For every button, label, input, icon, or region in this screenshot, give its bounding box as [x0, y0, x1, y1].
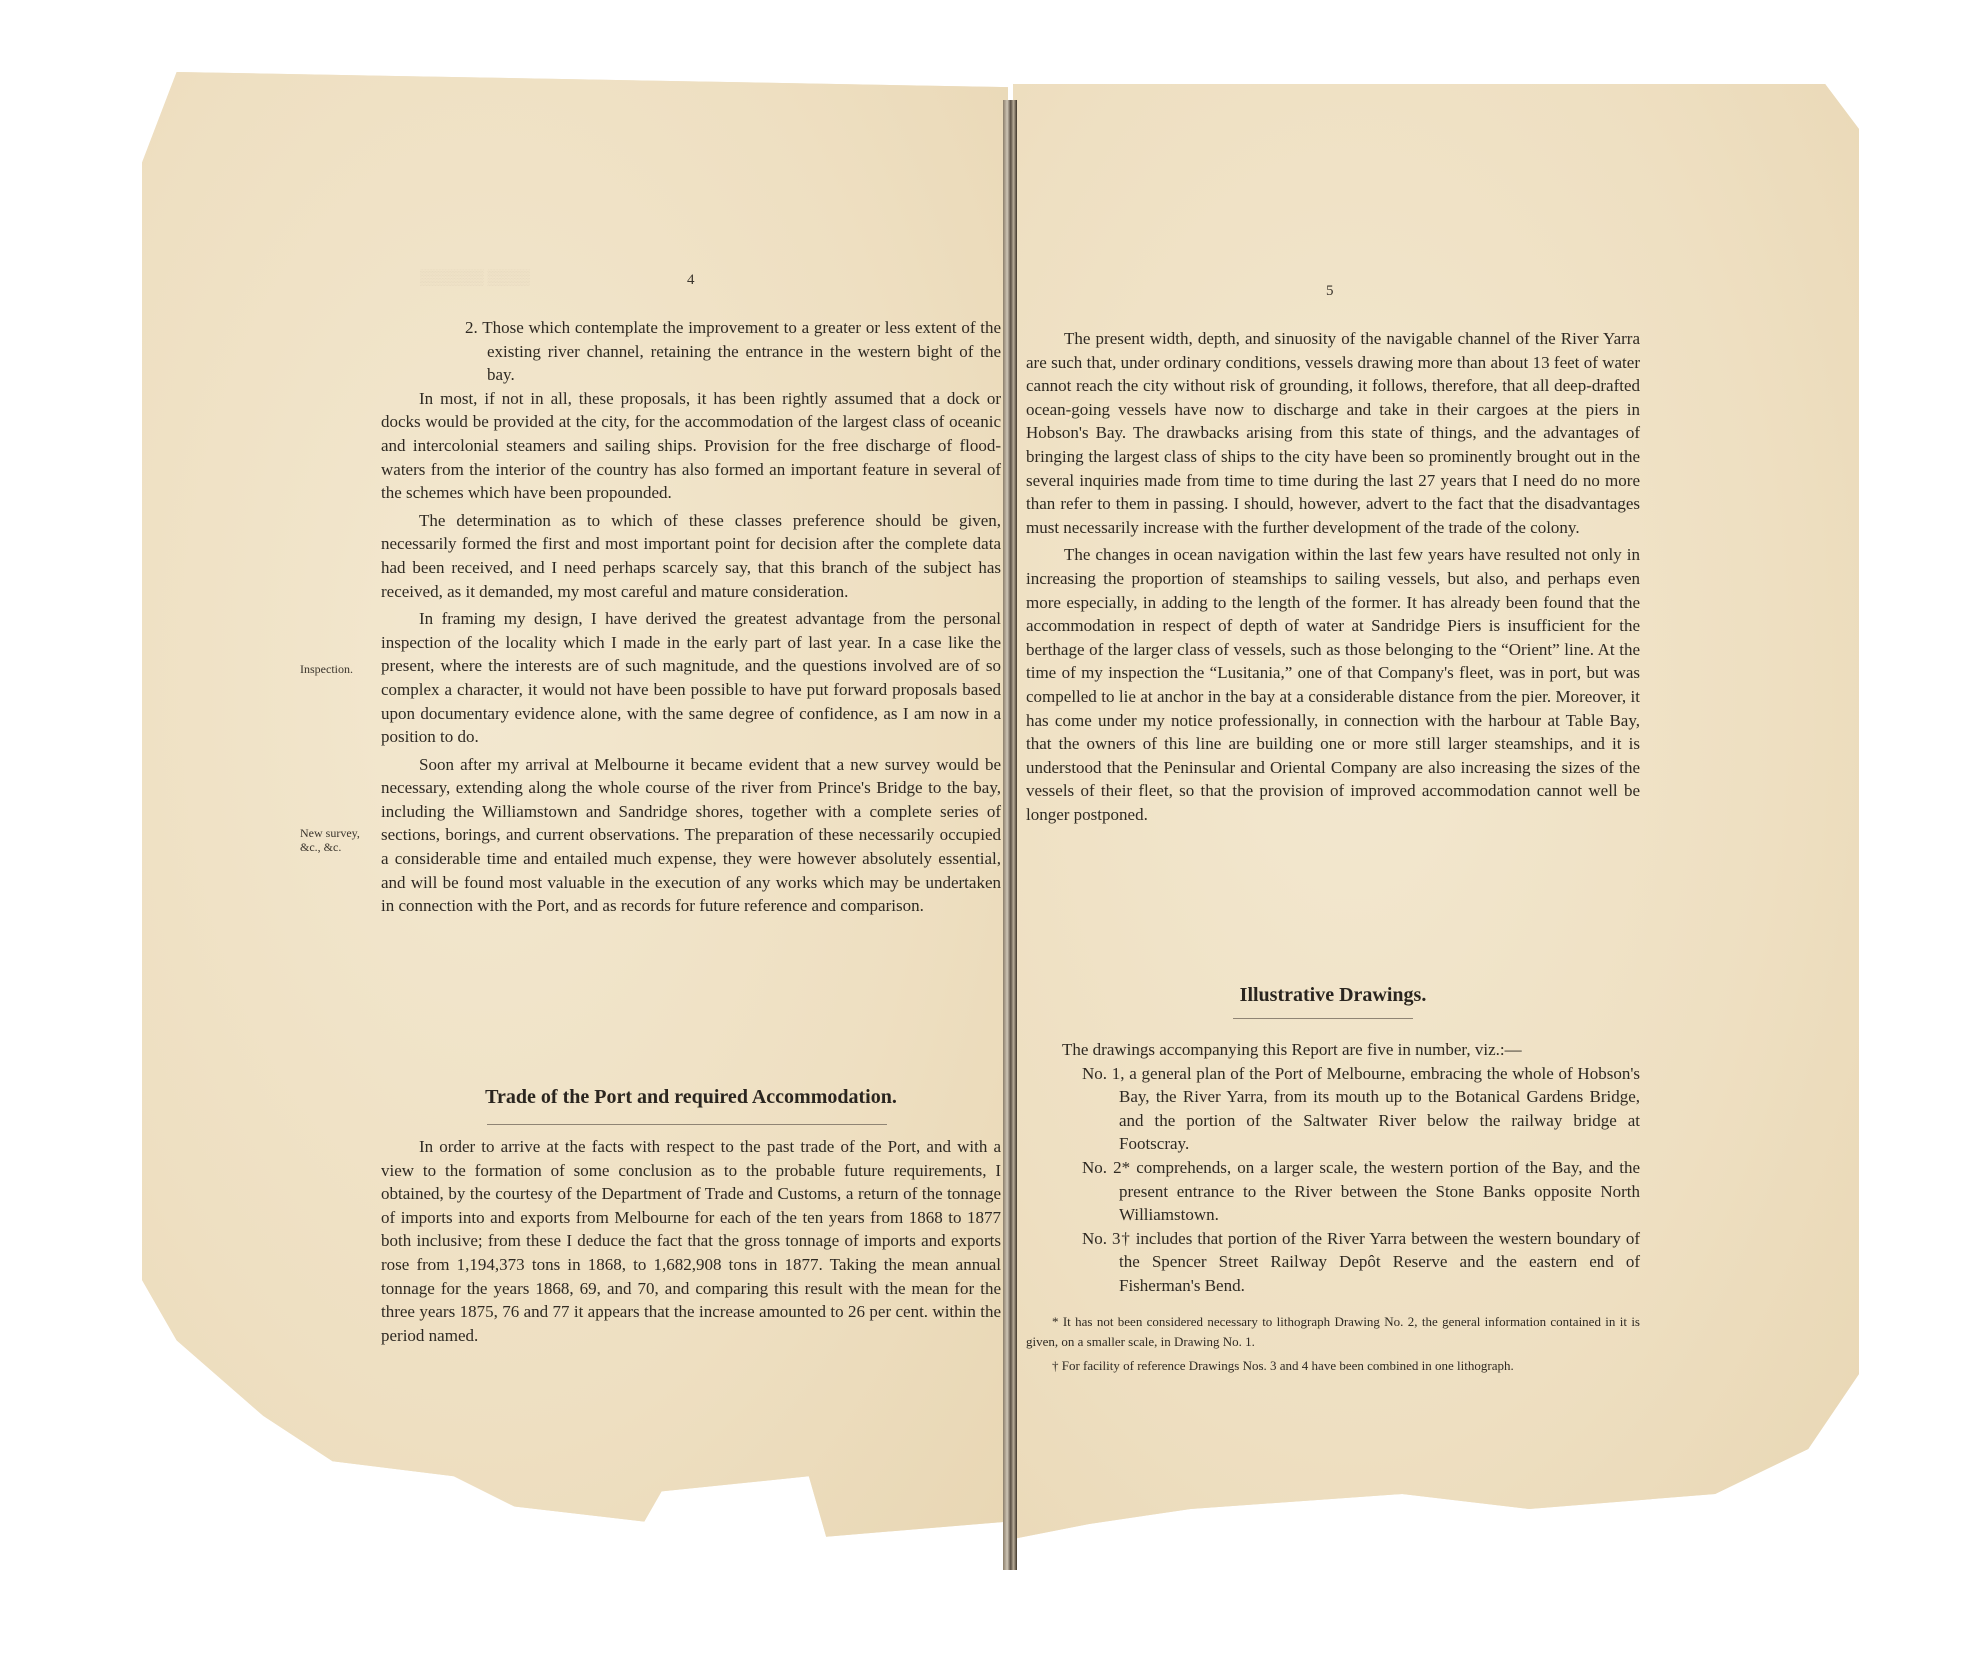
footnote-asterisk: * It has not been considered necessary t…	[1026, 1312, 1640, 1352]
drawing-item-3: No. 3† includes that portion of the Rive…	[1026, 1227, 1640, 1298]
trade-section-body: In order to arrive at the facts with res…	[381, 1135, 1001, 1347]
drawing-item-1: No. 1, a general plan of the Port of Mel…	[1026, 1062, 1640, 1156]
item-number: 2.	[465, 318, 478, 337]
drawing-item-2: No. 2* comprehends, on a larger scale, t…	[1026, 1156, 1640, 1227]
page-number-left: 4	[687, 272, 695, 289]
left-page-body: 2. Those which contemplate the improveme…	[381, 316, 1001, 918]
paragraph: Soon after my arrival at Melbourne it be…	[381, 753, 1001, 918]
heading-rule	[1233, 1018, 1413, 1019]
drawing-label: No. 3†	[1082, 1229, 1131, 1248]
paragraph: In order to arrive at the facts with res…	[381, 1135, 1001, 1347]
paragraph: The present width, depth, and sinuosity …	[1026, 327, 1640, 539]
drawing-label: No. 2*	[1082, 1158, 1130, 1177]
drawings-intro: The drawings accompanying this Report ar…	[1026, 1038, 1640, 1062]
margin-note-new-survey: New survey, &c., &c.	[300, 826, 380, 854]
section-heading-drawings: Illustrative Drawings.	[1026, 984, 1640, 1007]
bleed-through-text: ▒▒▒▒▒▒ ▒▒▒▒	[420, 270, 530, 287]
drawing-text: includes that portion of the River Yarra…	[1119, 1229, 1640, 1295]
paragraph: In most, if not in all, these proposals,…	[381, 387, 1001, 505]
item-text: Those which contemplate the improvement …	[482, 318, 1001, 384]
margin-note-inspection: Inspection.	[300, 662, 353, 676]
paragraph: The determination as to which of these c…	[381, 509, 1001, 603]
paragraph: In framing my design, I have derived the…	[381, 607, 1001, 749]
footnote-dagger: † For facility of reference Drawings Nos…	[1026, 1356, 1640, 1376]
book-spine	[1003, 100, 1017, 1570]
section-heading-trade: Trade of the Port and required Accommoda…	[381, 1086, 1001, 1109]
drawing-label: No. 1,	[1082, 1064, 1125, 1083]
drawings-section-body: The drawings accompanying this Report ar…	[1026, 1038, 1640, 1376]
right-page-body: The present width, depth, and sinuosity …	[1026, 327, 1640, 826]
drawing-text: a general plan of the Port of Melbourne,…	[1119, 1064, 1640, 1154]
numbered-item-2: 2. Those which contemplate the improveme…	[381, 316, 1001, 387]
drawing-text: comprehends, on a larger scale, the west…	[1119, 1158, 1640, 1224]
page-number-right: 5	[1326, 283, 1334, 300]
paragraph: The changes in ocean navigation within t…	[1026, 543, 1640, 826]
heading-rule	[487, 1124, 887, 1125]
